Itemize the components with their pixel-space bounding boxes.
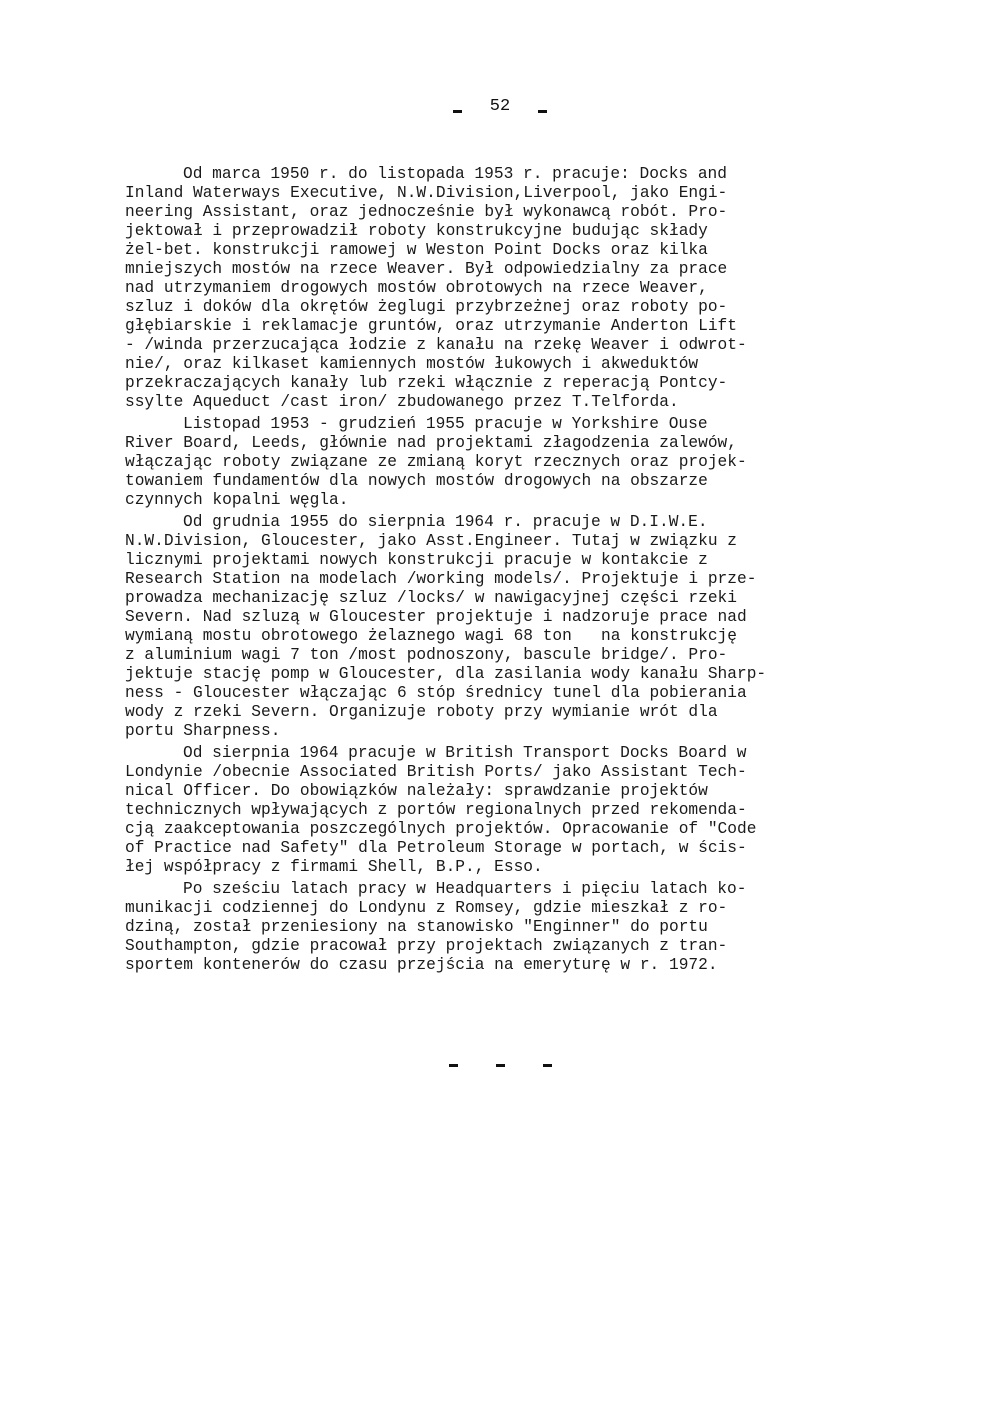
text-line: szluz i doków dla okrętów żeglugi przybr… xyxy=(125,298,885,317)
text-line: portu Sharpness. xyxy=(125,722,885,741)
text-line: ness - Gloucester włączając 6 stóp średn… xyxy=(125,684,885,703)
text-line: głębiarskie i reklamacje gruntów, oraz u… xyxy=(125,317,885,336)
text-line: wymianą mostu obrotowego żelaznego wagi … xyxy=(125,627,885,646)
paragraph: Po sześciu latach pracy w Headquarters i… xyxy=(125,880,885,975)
end-dash xyxy=(543,1064,552,1067)
text-line: - /winda przerzucająca łodzie z kanału n… xyxy=(125,336,885,355)
end-dash xyxy=(496,1064,505,1067)
text-line: cją zaakceptowania poszczególnych projek… xyxy=(125,820,885,839)
text-line: towaniem fundamentów dla nowych mostów d… xyxy=(125,472,885,491)
dash-left xyxy=(453,110,462,113)
end-dash xyxy=(449,1064,458,1067)
text-line: Inland Waterways Executive, N.W.Division… xyxy=(125,184,885,203)
text-line: nical Officer. Do obowiązków należały: s… xyxy=(125,782,885,801)
text-line: jektuje stację pomp w Gloucester, dla za… xyxy=(125,665,885,684)
page-number-header: 52 xyxy=(0,97,1000,116)
text-line: neering Assistant, oraz jednocześnie był… xyxy=(125,203,885,222)
paragraph: Od sierpnia 1964 pracuje w British Trans… xyxy=(125,744,885,877)
text-line: Od sierpnia 1964 pracuje w British Trans… xyxy=(125,744,885,763)
page-number: 52 xyxy=(490,97,510,116)
text-line: licznymi projektami nowych konstrukcji p… xyxy=(125,551,885,570)
text-line: Southampton, gdzie pracował przy projekt… xyxy=(125,937,885,956)
paragraph: Od grudnia 1955 do sierpnia 1964 r. prac… xyxy=(125,513,885,741)
text-line: dziną, został przeniesiony na stanowisko… xyxy=(125,918,885,937)
text-line: of Practice nad Safety" dla Petroleum St… xyxy=(125,839,885,858)
text-line: Listopad 1953 - grudzień 1955 pracuje w … xyxy=(125,415,885,434)
paragraph: Listopad 1953 - grudzień 1955 pracuje w … xyxy=(125,415,885,510)
text-line: prowadza mechanizację szluz /locks/ w na… xyxy=(125,589,885,608)
text-line: mniejszych mostów na rzece Weaver. Był o… xyxy=(125,260,885,279)
text-line: włączając roboty związane ze zmianą kory… xyxy=(125,453,885,472)
text-line: River Board, Leeds, głównie nad projekta… xyxy=(125,434,885,453)
text-line: nie/, oraz kilkaset kamiennych mostów łu… xyxy=(125,355,885,374)
text-line: przekraczających kanały lub rzeki włączn… xyxy=(125,374,885,393)
text-line: technicznych wpływających z portów regio… xyxy=(125,801,885,820)
text-line: wody z rzeki Severn. Organizuje roboty p… xyxy=(125,703,885,722)
text-line: N.W.Division, Gloucester, jako Asst.Engi… xyxy=(125,532,885,551)
text-line: nad utrzymaniem drogowych mostów obrotow… xyxy=(125,279,885,298)
text-line: czynnych kopalni węgla. xyxy=(125,491,885,510)
end-marks xyxy=(0,1054,1000,1072)
text-line: łej współpracy z firmami Shell, B.P., Es… xyxy=(125,858,885,877)
paragraph: Od marca 1950 r. do listopada 1953 r. pr… xyxy=(125,165,885,412)
body-text: Od marca 1950 r. do listopada 1953 r. pr… xyxy=(125,165,885,978)
text-line: z aluminium wagi 7 ton /most podnoszony,… xyxy=(125,646,885,665)
text-line: ssylte Aqueduct /cast iron/ zbudowanego … xyxy=(125,393,885,412)
text-line: Od marca 1950 r. do listopada 1953 r. pr… xyxy=(125,165,885,184)
text-line: Research Station na modelach /working mo… xyxy=(125,570,885,589)
text-line: Po sześciu latach pracy w Headquarters i… xyxy=(125,880,885,899)
text-line: munikacji codziennej do Londynu z Romsey… xyxy=(125,899,885,918)
text-line: sportem kontenerów do czasu przejścia na… xyxy=(125,956,885,975)
document-page: 52 Od marca 1950 r. do listopada 1953 r.… xyxy=(0,0,1000,1420)
text-line: Londynie /obecnie Associated British Por… xyxy=(125,763,885,782)
text-line: jektował i przeprowadził roboty konstruk… xyxy=(125,222,885,241)
text-line: Od grudnia 1955 do sierpnia 1964 r. prac… xyxy=(125,513,885,532)
text-line: żel-bet. konstrukcji ramowej w Weston Po… xyxy=(125,241,885,260)
dash-right xyxy=(538,110,547,113)
text-line: Severn. Nad szluzą w Gloucester projektu… xyxy=(125,608,885,627)
